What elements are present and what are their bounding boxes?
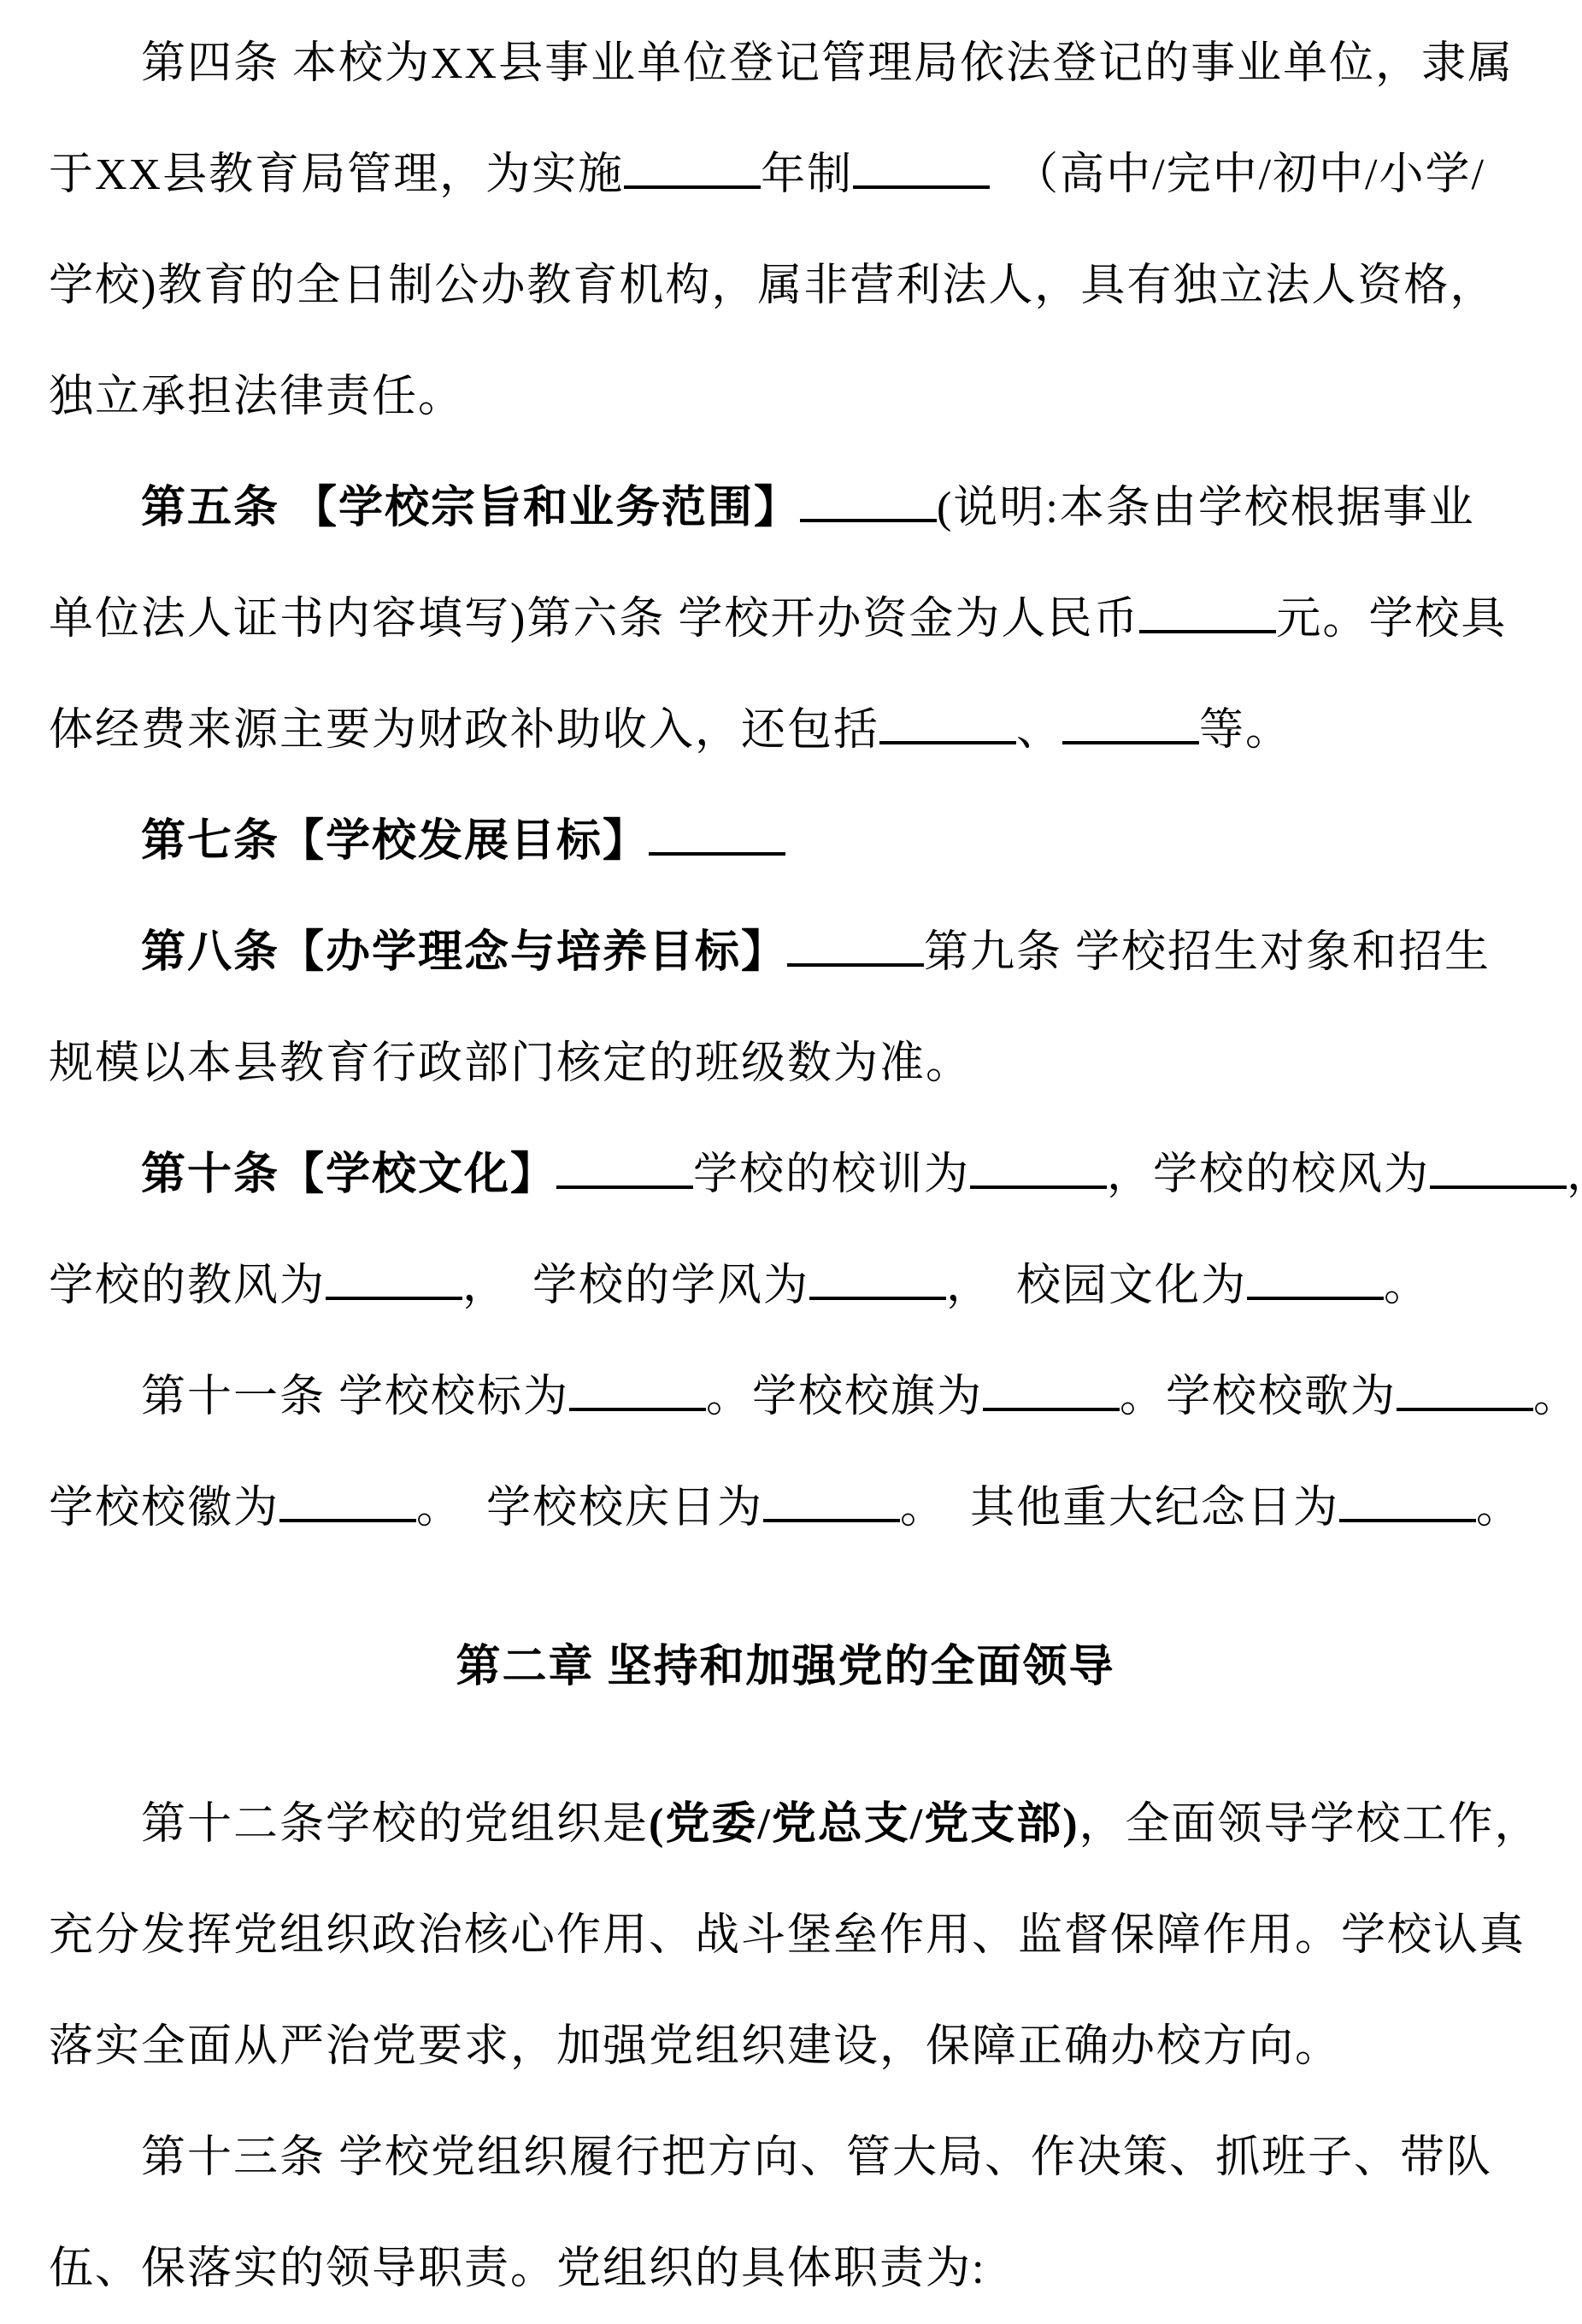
text-run: 第七条【学校发展目标】 (141, 817, 649, 866)
blank-field (809, 1293, 946, 1300)
text-run: ， 校园文化为 (946, 1262, 1247, 1310)
blank-field (279, 1515, 416, 1522)
document-line: 第八条【办学理念与培养目标】第九条 学校招生对象和招生 (49, 897, 1522, 1009)
blank-field (1339, 1515, 1476, 1522)
blank-field (800, 515, 937, 522)
blank-field (1397, 1404, 1533, 1411)
blank-field (569, 1404, 706, 1411)
document-line: 学校的教风为， 学校的学风为， 校园文化为。 (49, 1231, 1522, 1342)
text-run: 学校)教育的全日制公办教育机构，属非营利法人，具有独立法人资格， (49, 262, 1496, 310)
text-run: ，全面领导学校工作， (1079, 1800, 1541, 1849)
blank-field (763, 1515, 900, 1522)
document-line: 独立承担法律责任。 (49, 342, 1522, 453)
document-line: 伍、保落实的领导职责。党组织的具体职责为: (49, 2214, 1522, 2324)
text-run: 年制 (761, 150, 853, 199)
blank-field (624, 182, 761, 189)
text-run: (说明:本条由学校根据事业 (937, 484, 1475, 532)
document-line: 第十一条 学校校标为。学校校旗为。学校校歌为。 (49, 1342, 1522, 1453)
text-run: 。 学校校庆日为 (416, 1484, 763, 1533)
document-line: 于XX县教育局管理，为实施年制 （高中/完中/初中/小学/ (49, 120, 1522, 231)
text-run: 第五条 【学校宗旨和业务范围】 (141, 484, 800, 532)
text-run: 元。学校具 (1276, 595, 1507, 644)
document-line: 落实全面从严治党要求，加强党组织建设，保障正确办校方向。 (49, 1992, 1522, 2103)
blank-field (970, 1182, 1107, 1189)
text-run: ，学校的校风为 (1107, 1150, 1430, 1199)
text-run: 学校的教风为 (49, 1262, 326, 1310)
blank-field (1247, 1293, 1384, 1300)
document-line: 规模以本县教育行政部门核定的班级数为准。 (49, 1009, 1522, 1120)
text-run: 第八条【办学理念与培养目标】 (141, 928, 787, 977)
text-run: 规模以本县教育行政部门核定的班级数为准。 (49, 1039, 972, 1088)
document-line: 第十条【学校文化】学校的校训为，学校的校风为， (49, 1120, 1522, 1231)
text-run: 、 (1016, 706, 1062, 755)
text-run: 落实全面从严治党要求，加强党组织建设，保障正确办校方向。 (49, 2022, 1341, 2071)
text-run: 单位法人证书内容填写)第六条 学校开办资金为人民币 (49, 595, 1139, 644)
blank-field (326, 1293, 462, 1300)
blank-field (1062, 738, 1199, 744)
document-line: 单位法人证书内容填写)第六条 学校开办资金为人民币元。学校具 (49, 564, 1522, 675)
text-run: 第十三条 学校党组织履行把方向、管大局、作决策、抓班子、带队 (141, 2133, 1492, 2182)
document-line: 学校校徽为。 学校校庆日为。 其他重大纪念日为。 (49, 1453, 1522, 1564)
document-line: 第七条【学校发展目标】 (49, 786, 1522, 897)
text-run: 伍、保落实的领导职责。党组织的具体职责为: (49, 2245, 985, 2293)
blank-field (983, 1404, 1120, 1411)
blank-field (853, 182, 990, 189)
text-run: 。学校校旗为 (706, 1373, 983, 1421)
document-line: 第五条 【学校宗旨和业务范围】(说明:本条由学校根据事业 (49, 453, 1522, 564)
text-run: ， 学校的学风为 (462, 1262, 809, 1310)
text-run: (党委/党总支/党支部) (649, 1800, 1079, 1849)
blank-field (649, 849, 785, 856)
text-run: 于XX县教育局管理，为实施 (49, 150, 624, 199)
text-run: 第二章 坚持和加强党的全面领导 (456, 1643, 1114, 1692)
document-line: 学校)教育的全日制公办教育机构，属非营利法人，具有独立法人资格， (49, 231, 1522, 342)
text-run: 独立承担法律责任。 (49, 373, 464, 421)
text-run: 学校的校训为 (693, 1150, 970, 1199)
text-run: 。 (1533, 1373, 1579, 1421)
chapter-heading: 第二章 坚持和加强党的全面领导 (49, 1612, 1522, 1723)
text-run: ， (1567, 1150, 1582, 1199)
text-run: 等。 (1199, 706, 1291, 755)
text-run: （高中/完中/初中/小学/ (990, 150, 1485, 199)
blank-field (556, 1182, 693, 1189)
text-run: 第十条【学校文化】 (141, 1150, 556, 1199)
text-run: 充分发挥党组织政治核心作用、战斗堡垒作用、监督保障作用。学校认真 (49, 1911, 1526, 1960)
blank-field (1430, 1182, 1567, 1189)
text-run: 学校校徽为 (49, 1484, 279, 1533)
document-line: 充分发挥党组织政治核心作用、战斗堡垒作用、监督保障作用。学校认真 (49, 1880, 1522, 1992)
document-line: 第四条 本校为XX县事业单位登记管理局依法登记的事业单位，隶属 (49, 9, 1522, 120)
document-line: 第十二条学校的党组织是(党委/党总支/党支部)，全面领导学校工作， (49, 1769, 1522, 1880)
text-run: 体经费来源主要为财政补助收入，还包括 (49, 706, 879, 755)
blank-field (1139, 627, 1276, 633)
text-run: 第十一条 学校校标为 (141, 1373, 569, 1421)
text-run: 。 其他重大纪念日为 (900, 1484, 1339, 1533)
text-run: 第十二条学校的党组织是 (141, 1800, 649, 1849)
text-run: 。 (1476, 1484, 1522, 1533)
blank-field (879, 738, 1016, 744)
document-line: 第十三条 学校党组织履行把方向、管大局、作决策、抓班子、带队 (49, 2103, 1522, 2214)
document-line: 体经费来源主要为财政补助收入，还包括、等。 (49, 675, 1522, 786)
text-run: 第四条 本校为XX县事业单位登记管理局依法登记的事业单位，隶属 (141, 39, 1514, 88)
document-page: 第四条 本校为XX县事业单位登记管理局依法登记的事业单位，隶属于XX县教育局管理… (0, 0, 1582, 2324)
text-run: 。 (1384, 1262, 1430, 1310)
text-run: 第九条 学校招生对象和招生 (924, 928, 1491, 977)
text-run: 。学校校歌为 (1120, 1373, 1397, 1421)
blank-field (787, 960, 924, 967)
